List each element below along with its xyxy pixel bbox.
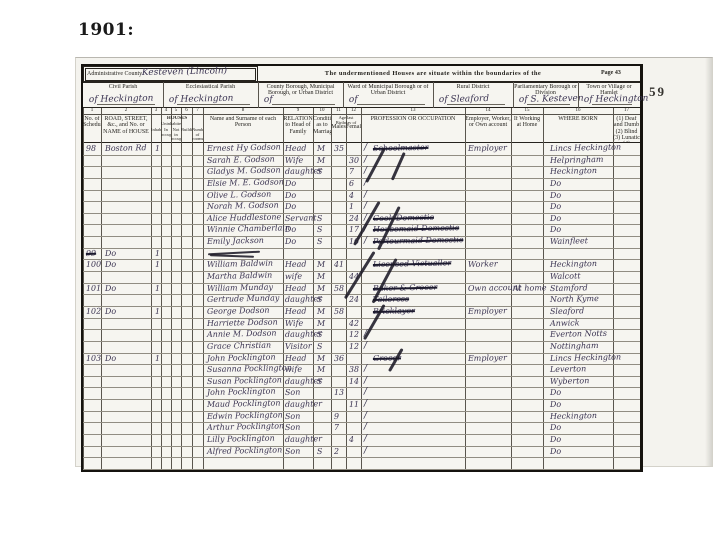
person-name: Olive L. Godson	[207, 190, 271, 200]
person-name: John Pocklington	[207, 353, 276, 363]
birthplace: Do	[550, 400, 561, 409]
column-header: In occupation	[161, 128, 171, 142]
birthplace: Wainfleet	[550, 236, 588, 246]
relation: Do	[285, 237, 296, 246]
birthplace: Lincs Heckington	[550, 143, 621, 153]
column-number: 12	[346, 108, 361, 114]
birthplace: Do	[550, 388, 561, 397]
column-divider	[613, 108, 614, 469]
relation: daughter	[285, 434, 322, 444]
age-male: 2	[334, 447, 339, 456]
marital-condition: M	[317, 365, 325, 374]
column-header: WHERE BORN	[543, 116, 613, 142]
column-number: 10	[313, 108, 331, 114]
schedule-number: 100	[86, 260, 101, 269]
marital-condition: M	[317, 260, 325, 269]
person-name: Norah M. Godson	[207, 200, 279, 211]
inhabited-mark: 1	[155, 354, 160, 363]
column-divider	[313, 108, 314, 469]
slide-year-title: 1901:	[78, 20, 134, 40]
person-name: Emily Jackson	[207, 236, 264, 246]
column-divider	[181, 108, 182, 469]
location-field-rule	[592, 104, 632, 105]
person-name: Elsie M. E. Godson	[207, 177, 284, 188]
birthplace: Lincs Heckington	[550, 353, 621, 363]
relation: Servant	[285, 213, 317, 223]
person-name: Martha Baldwin	[207, 271, 273, 281]
person-name: Lilly Pocklington	[207, 434, 275, 444]
person-name: Harriette Dodson	[207, 318, 278, 328]
relation: wife	[285, 365, 302, 374]
occupation: Licensed Victualler	[373, 258, 451, 269]
marital-condition: M	[317, 272, 325, 281]
column-number: 2	[101, 108, 151, 114]
person-name: Grace Christian	[207, 341, 271, 351]
street-name: Do	[105, 249, 116, 258]
birthplace: Do	[550, 225, 561, 234]
relation: Head	[285, 307, 307, 316]
tick-mark: /	[364, 201, 367, 211]
schedule-number: 99	[86, 249, 96, 258]
column-number: 16	[543, 108, 613, 114]
occupation: Cook Domestic	[373, 213, 434, 223]
column-number: 7	[192, 108, 203, 114]
marital-condition: M	[317, 144, 325, 153]
birthplace: Do	[550, 214, 561, 223]
age-female: 4	[349, 191, 354, 200]
column-divider	[346, 108, 347, 469]
relation: wife	[285, 272, 302, 281]
marital-condition: M	[317, 354, 325, 363]
column-header: Males	[331, 124, 346, 142]
birthplace: Leverton	[550, 364, 586, 374]
tick-mark: /	[364, 434, 367, 444]
employer-status: Employer	[468, 306, 507, 316]
age-female: 14	[349, 377, 359, 386]
tick-mark: /	[364, 446, 367, 456]
marital-condition: S	[317, 447, 323, 456]
column-header: Building	[181, 128, 192, 142]
column-divider	[331, 108, 332, 469]
column-header: If Working at Home	[511, 116, 543, 142]
column-number: 4	[161, 108, 171, 114]
person-name: Gladys M. Godson	[207, 165, 281, 176]
employer-status: Worker	[468, 259, 498, 269]
column-number: 9	[283, 108, 313, 114]
birthplace: Do	[550, 179, 561, 188]
relation: Do	[285, 202, 296, 211]
street-name: Do	[105, 354, 116, 363]
location-field-rule	[357, 104, 425, 105]
column-header: Condition as to Marriage	[313, 116, 331, 142]
column-divider	[171, 108, 172, 469]
column-header: Females	[346, 124, 361, 142]
person-name: Sarah E. Godson	[207, 155, 275, 165]
form-grid: Civil Parishof HeckingtonEcclesiastical …	[83, 66, 640, 470]
person-name: John Pocklington	[207, 387, 276, 397]
schedule-number: 103	[86, 354, 101, 363]
column-header: Name and Surname of each Person	[203, 116, 283, 142]
relation: Son	[285, 388, 301, 397]
age-female: 24	[349, 295, 359, 304]
column-divider	[161, 108, 162, 469]
table-row-line	[83, 248, 640, 249]
birthplace: Do	[550, 423, 561, 432]
person-name: Maud Pocklington	[207, 398, 281, 409]
schedule-number: 102	[86, 307, 101, 316]
age-female: 42	[349, 319, 359, 328]
location-field-rule	[177, 104, 250, 105]
birthplace: North Kyme	[550, 294, 599, 304]
birthplace: Do	[550, 435, 561, 444]
location-field-rule	[97, 104, 155, 105]
column-divider	[203, 108, 204, 469]
column-divider	[361, 108, 362, 469]
age-male: 7	[334, 423, 339, 432]
person-name: Gertrude Munday	[207, 293, 280, 304]
tick-mark: /	[364, 143, 367, 153]
birthplace: Helpringham	[550, 155, 604, 165]
person-name: Annie M. Dodson	[207, 329, 277, 339]
relation: Do	[285, 225, 296, 234]
age-male: 35	[334, 144, 344, 153]
birthplace: Do	[550, 191, 561, 200]
person-name: George Dodson	[207, 306, 270, 316]
birthplace: Anwick	[550, 318, 580, 328]
column-divider	[151, 108, 152, 469]
column-header: RELATION to Head of Family	[283, 116, 313, 142]
inhabited-mark: 1	[155, 260, 160, 269]
column-header: PROFESSION OR OCCUPATION	[361, 116, 465, 142]
column-divider	[83, 108, 84, 469]
census-form: Administrative County Kesteven (Lincoln)…	[81, 64, 643, 472]
age-female: 4	[349, 435, 354, 444]
marital-condition: S	[317, 330, 323, 339]
age-female: 24	[349, 214, 359, 223]
column-number: 3	[151, 108, 161, 114]
age-male: 41	[334, 260, 344, 269]
working-at-home: At home	[513, 283, 547, 293]
age-male: 9	[334, 412, 339, 421]
tick-mark: /	[364, 341, 367, 351]
employer-status: Employer	[468, 143, 507, 153]
birthplace: Nottingham	[550, 341, 599, 351]
table-row-line	[83, 457, 640, 458]
relation: Head	[285, 354, 307, 363]
column-number: 8	[203, 108, 283, 114]
person-name: Arthur Pocklington	[207, 421, 284, 432]
person-name: Winnie Chamberlain	[207, 223, 290, 234]
age-female: 12	[349, 330, 359, 339]
employer-status: Employer	[468, 353, 507, 363]
relation: Head	[285, 144, 307, 153]
inhabited-mark: 1	[155, 284, 160, 293]
birthplace: Stamford	[550, 283, 588, 293]
tick-mark: /	[364, 376, 367, 386]
column-header: Inhabited	[151, 128, 161, 142]
relation: Son	[285, 447, 301, 456]
relation: Visitor	[285, 341, 312, 351]
marital-condition: S	[317, 225, 323, 234]
birthplace: Heckington	[550, 411, 597, 421]
occupation: Parlourmaid Domestic	[373, 235, 464, 246]
column-header: Number of rooms occupied if less than fi…	[192, 128, 203, 142]
street-name: Do	[105, 260, 116, 269]
person-name: Alfred Pocklington	[207, 445, 282, 456]
folio-stamp: 59	[649, 84, 666, 100]
schedule-number: 101	[86, 284, 101, 293]
tick-mark: /	[364, 399, 367, 409]
marital-condition: S	[317, 377, 323, 386]
birthplace: Everton Notts	[550, 329, 607, 339]
person-name: William Baldwin	[207, 259, 273, 269]
age-female: 30	[349, 156, 359, 165]
relation: Wife	[285, 319, 304, 328]
marital-condition: S	[317, 167, 323, 176]
birthplace: Do	[550, 202, 561, 211]
table-row-line	[83, 469, 640, 470]
age-male: 58	[334, 307, 344, 316]
age-male: 58	[334, 284, 344, 293]
location-field-rule	[447, 104, 505, 105]
tick-mark: /	[364, 411, 367, 421]
person-name: Susan Pocklington	[207, 375, 282, 386]
column-header: Not in occupation	[171, 128, 181, 142]
column-number: 15	[511, 108, 543, 114]
tick-mark: /	[364, 236, 367, 246]
birthplace: Heckington	[550, 166, 597, 176]
age-female: 38	[349, 365, 359, 374]
birthplace: Heckington	[550, 259, 597, 269]
scan-edge-shadow	[705, 58, 712, 466]
column-header: Employer, Worker, or Own account	[465, 116, 511, 142]
relation: Son	[285, 412, 301, 421]
marital-condition: S	[317, 214, 323, 223]
relation: Head	[285, 284, 307, 293]
column-divider	[192, 108, 193, 469]
age-male: 13	[334, 388, 344, 397]
column-number: 5	[171, 108, 181, 114]
scribble-mark	[210, 254, 254, 258]
birthplace: Do	[550, 447, 561, 456]
column-header: ROAD, STREET, &c., and No. or NAME of HO…	[101, 116, 151, 142]
person-name: Susanna Pocklington	[207, 363, 292, 374]
age-female: 17	[349, 225, 359, 234]
birthplace: Sleaford	[550, 306, 584, 316]
age-female: 1	[349, 202, 354, 211]
column-divider	[465, 108, 466, 469]
relation: Do	[285, 191, 296, 200]
tick-mark: /	[364, 422, 367, 432]
inhabited-mark: 1	[155, 307, 160, 316]
relation: Son	[285, 423, 301, 432]
street-name: Do	[105, 284, 116, 293]
age-female: 7	[349, 167, 354, 176]
tick-mark: /	[364, 364, 367, 374]
inhabited-mark: 1	[155, 249, 160, 258]
marital-condition: M	[317, 156, 325, 165]
marital-condition: S	[317, 342, 323, 351]
location-field-rule	[272, 104, 335, 105]
age-female: 11	[349, 400, 359, 409]
street-name: Do	[105, 307, 116, 316]
census-scan: 59 Administrative County Kesteven (Linco…	[75, 57, 713, 467]
age-male: 36	[334, 354, 344, 363]
birthplace: Wyberton	[550, 376, 590, 386]
age-female: 12	[349, 342, 359, 351]
marital-condition: S	[317, 237, 323, 246]
birthplace: Walcott	[550, 271, 581, 281]
marital-condition: M	[317, 307, 325, 316]
column-number: 14	[465, 108, 511, 114]
person-name: William Munday	[207, 283, 273, 293]
street-name: Boston Rd	[105, 143, 147, 153]
tick-mark: /	[364, 155, 367, 165]
column-number: 13	[361, 108, 465, 114]
age-banner: Age last Birthday of	[331, 116, 361, 124]
person-name: Ernest Hy Godson	[207, 142, 281, 153]
marital-condition: S	[317, 295, 323, 304]
relation: Do	[285, 179, 296, 188]
column-number: 1	[83, 108, 101, 114]
tick-mark: /	[364, 387, 367, 397]
column-header: (1) Deaf and Dumb (2) Blind (3) Lunatic …	[613, 116, 640, 142]
column-number: 6	[181, 108, 192, 114]
relation: Wife	[285, 156, 304, 165]
tick-mark: /	[364, 166, 367, 176]
column-header: No. of Schedule	[83, 116, 101, 142]
divider	[83, 81, 640, 83]
slide-canvas: { "slide": { "title": "1901:" }, "docume…	[0, 0, 720, 540]
inhabited-mark: 1	[155, 144, 160, 153]
tick-mark: /	[364, 190, 367, 200]
age-female: 6	[349, 179, 354, 188]
column-number: 11	[331, 108, 346, 114]
column-divider	[283, 108, 284, 469]
location-field-rule	[527, 104, 570, 105]
column-number: 17	[613, 108, 640, 114]
person-name: Edwin Pocklington	[207, 410, 283, 421]
relation: daughter	[285, 399, 322, 409]
person-name: Alice Huddlestone	[207, 212, 282, 223]
marital-condition: M	[317, 319, 325, 328]
marital-condition: M	[317, 284, 325, 293]
uninhabited-banner: Uninhabited	[161, 122, 181, 128]
schedule-number: 98	[86, 144, 96, 153]
relation: Head	[285, 260, 307, 269]
